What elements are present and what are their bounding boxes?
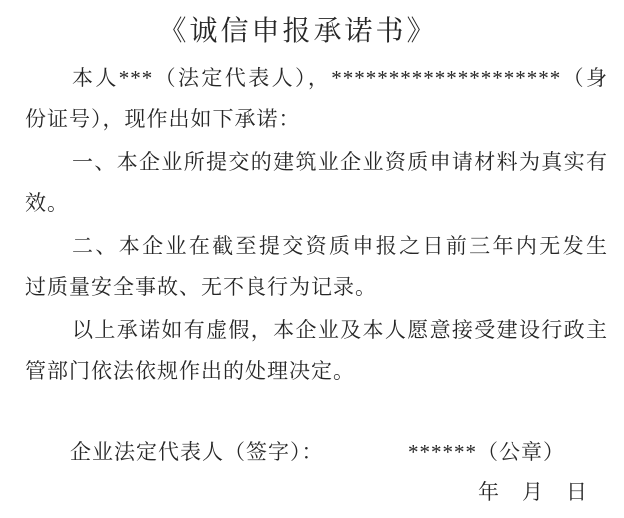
paragraph-item-1: 一、本企业所提交的建筑业企业资质申请材料为真实有 效。 xyxy=(25,142,608,224)
paragraph-item-2: 二、本企业在截至提交资质申报之日前三年内无发生 过质量安全事故、无不良行为记录。 xyxy=(25,226,608,308)
paragraph-line: 管部门依法依规作出的处理决定。 xyxy=(25,351,608,392)
commitment-letter-document: 《诚信申报承诺书》 本人***（法定代表人），*****************… xyxy=(0,0,624,518)
paragraph-line: 过质量安全事故、无不良行为记录。 xyxy=(25,267,608,308)
paragraph-line: 效。 xyxy=(25,183,608,224)
paragraph-closing: 以上承诺如有虚假，本企业及本人愿意接受建设行政主 管部门依法依规作出的处理决定。 xyxy=(25,310,608,392)
paragraph-line: 一、本企业所提交的建筑业企业资质申请材料为真实有 xyxy=(25,142,608,183)
signature-row: 企业法定代表人（签字）： ******（公章） xyxy=(0,432,624,472)
paragraph-line: 二、本企业在截至提交资质申报之日前三年内无发生 xyxy=(25,226,608,267)
date-row: 年 月 日 xyxy=(0,472,624,512)
date-line: 年 月 日 xyxy=(478,480,588,504)
paragraph-line: 以上承诺如有虚假，本企业及本人愿意接受建设行政主 xyxy=(25,310,608,351)
company-seal-placeholder: ******（公章） xyxy=(408,432,565,472)
paragraph-intro: 本人***（法定代表人），********************（身 份证号）… xyxy=(25,58,608,140)
document-title: 《诚信申报承诺书》 xyxy=(0,14,596,50)
document-body: 本人***（法定代表人），********************（身 份证号）… xyxy=(0,58,624,392)
signature-label: 企业法定代表人（签字）： xyxy=(70,432,324,472)
paragraph-line: 份证号），现作出如下承诺： xyxy=(25,99,608,140)
paragraph-line: 本人***（法定代表人），********************（身 xyxy=(25,58,608,99)
